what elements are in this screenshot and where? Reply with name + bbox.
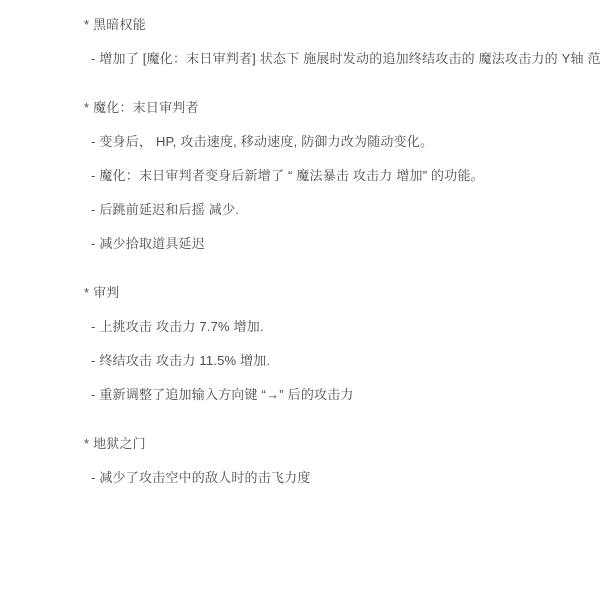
- patch-note-item: - 重新调整了追加输入方向键 “→” 后的攻击力: [84, 386, 596, 403]
- skill-section-title: * 地狱之门: [84, 435, 596, 452]
- patch-note-item: - 上挑攻击 攻击力 7.7% 增加.: [84, 318, 596, 335]
- patch-notes-document: * 黑暗权能 - 增加了 [魔化：末日审判者] 状态下 施展时发动的追加终结攻击…: [0, 0, 600, 593]
- patch-note-item: - 终结攻击 攻击力 11.5% 增加.: [84, 352, 596, 369]
- patch-note-item: - 减少了攻击空中的敌人时的击飞力度: [84, 469, 596, 486]
- patch-note-item: - 变身后， HP, 攻击速度, 移动速度, 防御力改为随动变化。: [84, 133, 596, 150]
- section-dark-authority: * 黑暗权能 - 增加了 [魔化：末日审判者] 状态下 施展时发动的追加终结攻击…: [84, 16, 596, 67]
- section-demonize-doom-judge: * 魔化：末日审判者 - 变身后， HP, 攻击速度, 移动速度, 防御力改为随…: [84, 99, 596, 252]
- skill-section-title: * 黑暗权能: [84, 16, 596, 33]
- patch-note-item: - 减少拾取道具延迟: [84, 235, 596, 252]
- patch-note-item: - 增加了 [魔化：末日审判者] 状态下 施展时发动的追加终结攻击的 魔法攻击力…: [84, 50, 596, 67]
- patch-note-item: - 后跳前延迟和后摇 减少.: [84, 201, 596, 218]
- skill-section-title: * 魔化：末日审判者: [84, 99, 596, 116]
- patch-note-item: - 魔化：末日审判者变身后新增了 “ 魔法暴击 攻击力 增加” 的功能。: [84, 167, 596, 184]
- skill-section-title: * 审判: [84, 284, 596, 301]
- section-judgment: * 审判 - 上挑攻击 攻击力 7.7% 增加. - 终结攻击 攻击力 11.5…: [84, 284, 596, 403]
- section-gate-of-hell: * 地狱之门 - 减少了攻击空中的敌人时的击飞力度: [84, 435, 596, 486]
